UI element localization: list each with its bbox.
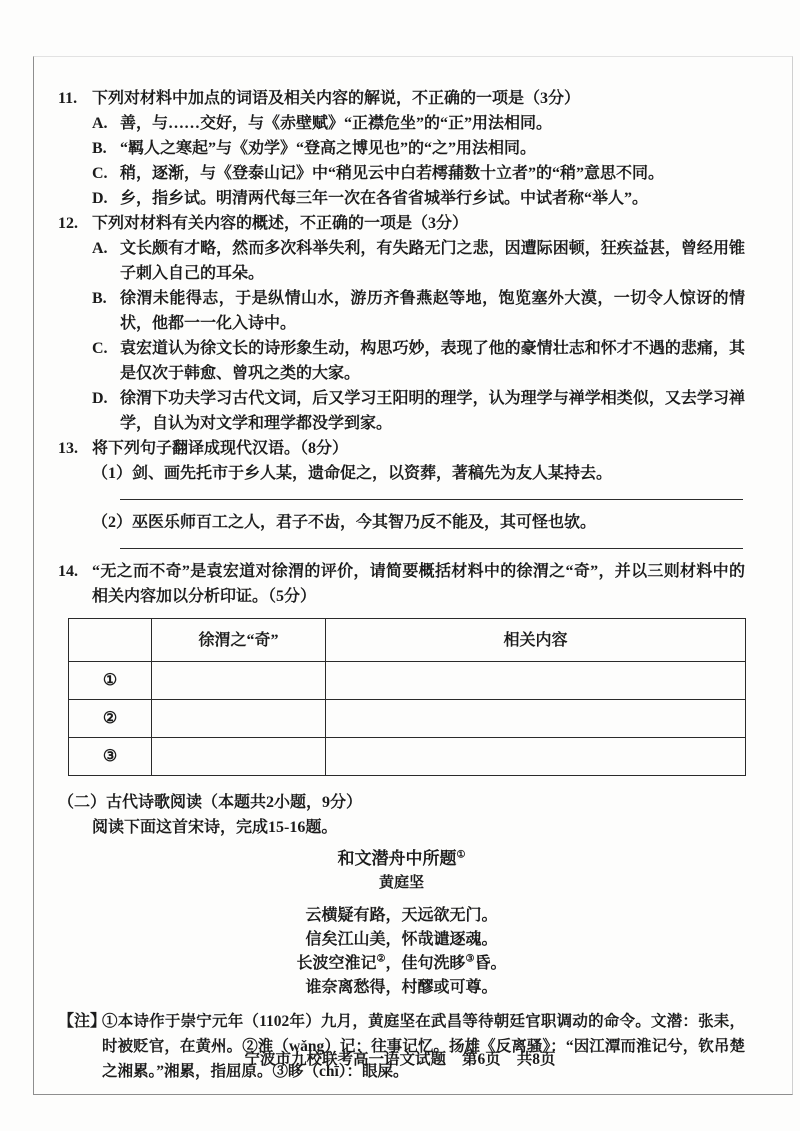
option-a-label: A. — [92, 236, 120, 286]
question-11-options: A. 善，与……交好，与《赤壁赋》“正襟危坐”的“正”用法相同。 B. “羁人之… — [92, 111, 745, 211]
option-a: A. 善，与……交好，与《赤壁赋》“正襟危坐”的“正”用法相同。 — [92, 111, 745, 136]
translation-item-2-label: （2） — [92, 510, 132, 535]
row-2-qi-cell — [152, 700, 326, 738]
option-b: B. “羁人之寒起”与《劝学》“登高之博见也”的“之”用法相同。 — [92, 136, 745, 161]
option-b-text: 徐渭未能得志，于是纵情山水，游历齐鲁燕赵等地，饱览塞外大漠，一切令人惊讶的情状，… — [120, 286, 745, 336]
question-13: 13. 将下列句子翻译成现代汉语。（8分） — [58, 436, 745, 461]
poem-line-3: 长波空淮记②，佳句洗眵③昏。 — [58, 952, 745, 976]
option-c-text: 稍，逐渐，与《登泰山记》中“稍见云中白若樗蒱数十立者”的“稍”意思不同。 — [120, 161, 745, 186]
option-d-text: 乡，指乡试。明清两代每三年一次在各省省城举行乡试。中试者称“举人”。 — [120, 186, 745, 211]
question-13-number: 13. — [58, 436, 92, 461]
table-header-blank — [69, 619, 152, 662]
row-1-label: ① — [69, 662, 152, 700]
table-row: ② — [69, 700, 746, 738]
question-14-stem: “无之而不奇”是袁宏道对徐渭的评价，请简要概括材料中的徐渭之“奇”，并以三则材料… — [92, 559, 745, 609]
footer-page-number: 第6页 — [462, 1051, 501, 1068]
page-footer: 宁波市九校联考高一语文试题第6页共8页 — [0, 1047, 800, 1069]
option-b-text: “羁人之寒起”与《劝学》“登高之博见也”的“之”用法相同。 — [120, 136, 745, 161]
poem-line-1: 云横疑有路，天远欲无门。 — [58, 904, 745, 928]
poem-title: 和文潜舟中所题① — [58, 846, 745, 871]
option-b-label: B. — [92, 136, 120, 161]
option-a-label: A. — [92, 111, 120, 136]
option-b-label: B. — [92, 286, 120, 336]
row-2-content-cell — [326, 700, 746, 738]
question-14: 14. “无之而不奇”是袁宏道对徐渭的评价，请简要概括材料中的徐渭之“奇”，并以… — [58, 559, 745, 609]
option-b: B. 徐渭未能得志，于是纵情山水，游历齐鲁燕赵等地，饱览塞外大漠，一切令人惊讶的… — [92, 286, 745, 336]
answer-line-2 — [120, 535, 743, 549]
option-d: D. 徐渭下功夫学习古代文词，后又学习王阳明的理学，认为理学与禅学相类似，又去学… — [92, 386, 745, 436]
option-d-label: D. — [92, 386, 120, 436]
answer-table: 徐渭之“奇” 相关内容 ① ② ③ — [68, 618, 746, 776]
row-3-qi-cell — [152, 738, 326, 776]
poem-line-3-a: 长波空淮记 — [297, 955, 377, 972]
question-14-number: 14. — [58, 559, 92, 609]
row-2-label: ② — [69, 700, 152, 738]
translation-item-2-text: 巫医乐师百工之人，君子不齿，今其智乃反不能及，其可怪也欤。 — [132, 510, 745, 535]
table-header-qi: 徐渭之“奇” — [152, 619, 326, 662]
option-c-text: 袁宏道认为徐文长的诗形象生动，构思巧妙，表现了他的豪情壮志和怀才不遇的悲痛，其是… — [120, 336, 745, 386]
question-11-number: 11. — [58, 86, 92, 111]
option-d-label: D. — [92, 186, 120, 211]
option-a-text: 善，与……交好，与《赤壁赋》“正襟危坐”的“正”用法相同。 — [120, 111, 745, 136]
question-12-number: 12. — [58, 211, 92, 236]
section-2-heading: （二）古代诗歌阅读（本题共2小题，9分） — [58, 790, 745, 815]
poem-author: 黄庭坚 — [58, 871, 745, 895]
exam-page: 11. 下列对材料中加点的词语及相关内容的解说，不正确的一项是（3分） A. 善… — [0, 0, 800, 1131]
footer-exam-title: 宁波市九校联考高一语文试题 — [244, 1051, 446, 1068]
row-3-content-cell — [326, 738, 746, 776]
poem-title-note-mark: ① — [457, 849, 466, 860]
question-11-stem: 下列对材料中加点的词语及相关内容的解说，不正确的一项是（3分） — [92, 86, 745, 111]
table-row: ① — [69, 662, 746, 700]
option-d: D. 乡，指乡试。明清两代每三年一次在各省省城举行乡试。中试者称“举人”。 — [92, 186, 745, 211]
option-c-label: C. — [92, 161, 120, 186]
question-11: 11. 下列对材料中加点的词语及相关内容的解说，不正确的一项是（3分） — [58, 86, 745, 111]
poem-block: 和文潜舟中所题① 黄庭坚 云横疑有路，天远欲无门。 信矣江山美，怀哉谴逐魂。 长… — [58, 846, 745, 1000]
question-13-stem: 将下列句子翻译成现代汉语。（8分） — [92, 436, 745, 461]
table-header-row: 徐渭之“奇” 相关内容 — [69, 619, 746, 662]
row-3-label: ③ — [69, 738, 152, 776]
translation-item-1-text: 剑、画先托市于乡人某，遗命促之，以资葬，著稿先为友人某持去。 — [132, 461, 745, 486]
row-1-content-cell — [326, 662, 746, 700]
option-a: A. 文长颇有才略，然而多次科举失利，有失路无门之悲，因遭际困顿，狂疾益甚，曾经… — [92, 236, 745, 286]
poem-title-text: 和文潜舟中所题 — [338, 849, 457, 868]
page-content: 11. 下列对材料中加点的词语及相关内容的解说，不正确的一项是（3分） A. 善… — [0, 0, 800, 1131]
poem-line-3-b: ，佳句洗眵 — [385, 955, 465, 972]
translation-item-1-label: （1） — [92, 461, 132, 486]
question-12-stem: 下列对材料有关内容的概述，不正确的一项是（3分） — [92, 211, 745, 236]
answer-line-1 — [120, 486, 743, 500]
table-row: ③ — [69, 738, 746, 776]
poem-lines: 云横疑有路，天远欲无门。 信矣江山美，怀哉谴逐魂。 长波空淮记②，佳句洗眵③昏。… — [58, 904, 745, 1000]
translation-item-2: （2） 巫医乐师百工之人，君子不齿，今其智乃反不能及，其可怪也欤。 — [92, 510, 745, 535]
translation-item-1: （1） 剑、画先托市于乡人某，遗命促之，以资葬，著稿先为友人某持去。 — [92, 461, 745, 486]
poem-line-4: 谁奈离愁得，村醪或可尊。 — [58, 976, 745, 1000]
option-c: C. 袁宏道认为徐文长的诗形象生动，构思巧妙，表现了他的豪情壮志和怀才不遇的悲痛… — [92, 336, 745, 386]
option-c: C. 稍，逐渐，与《登泰山记》中“稍见云中白若樗蒱数十立者”的“稍”意思不同。 — [92, 161, 745, 186]
poem-line-2: 信矣江山美，怀哉谴逐魂。 — [58, 928, 745, 952]
question-12-options: A. 文长颇有才略，然而多次科举失利，有失路无门之悲，因遭际困顿，狂疾益甚，曾经… — [92, 236, 745, 436]
row-1-qi-cell — [152, 662, 326, 700]
option-a-text: 文长颇有才略，然而多次科举失利，有失路无门之悲，因遭际困顿，狂疾益甚，曾经用锥子… — [120, 236, 745, 286]
footer-total-pages: 共8页 — [517, 1051, 556, 1068]
poem-line-3-c: 昏。 — [474, 955, 506, 972]
option-c-label: C. — [92, 336, 120, 386]
section-2-instruction: 阅读下面这首宋诗，完成15-16题。 — [92, 815, 745, 840]
question-12: 12. 下列对材料有关内容的概述，不正确的一项是（3分） — [58, 211, 745, 236]
option-d-text: 徐渭下功夫学习古代文词，后又学习王阳明的理学，认为理学与禅学相类似，又去学习禅学… — [120, 386, 745, 436]
table-header-content: 相关内容 — [326, 619, 746, 662]
